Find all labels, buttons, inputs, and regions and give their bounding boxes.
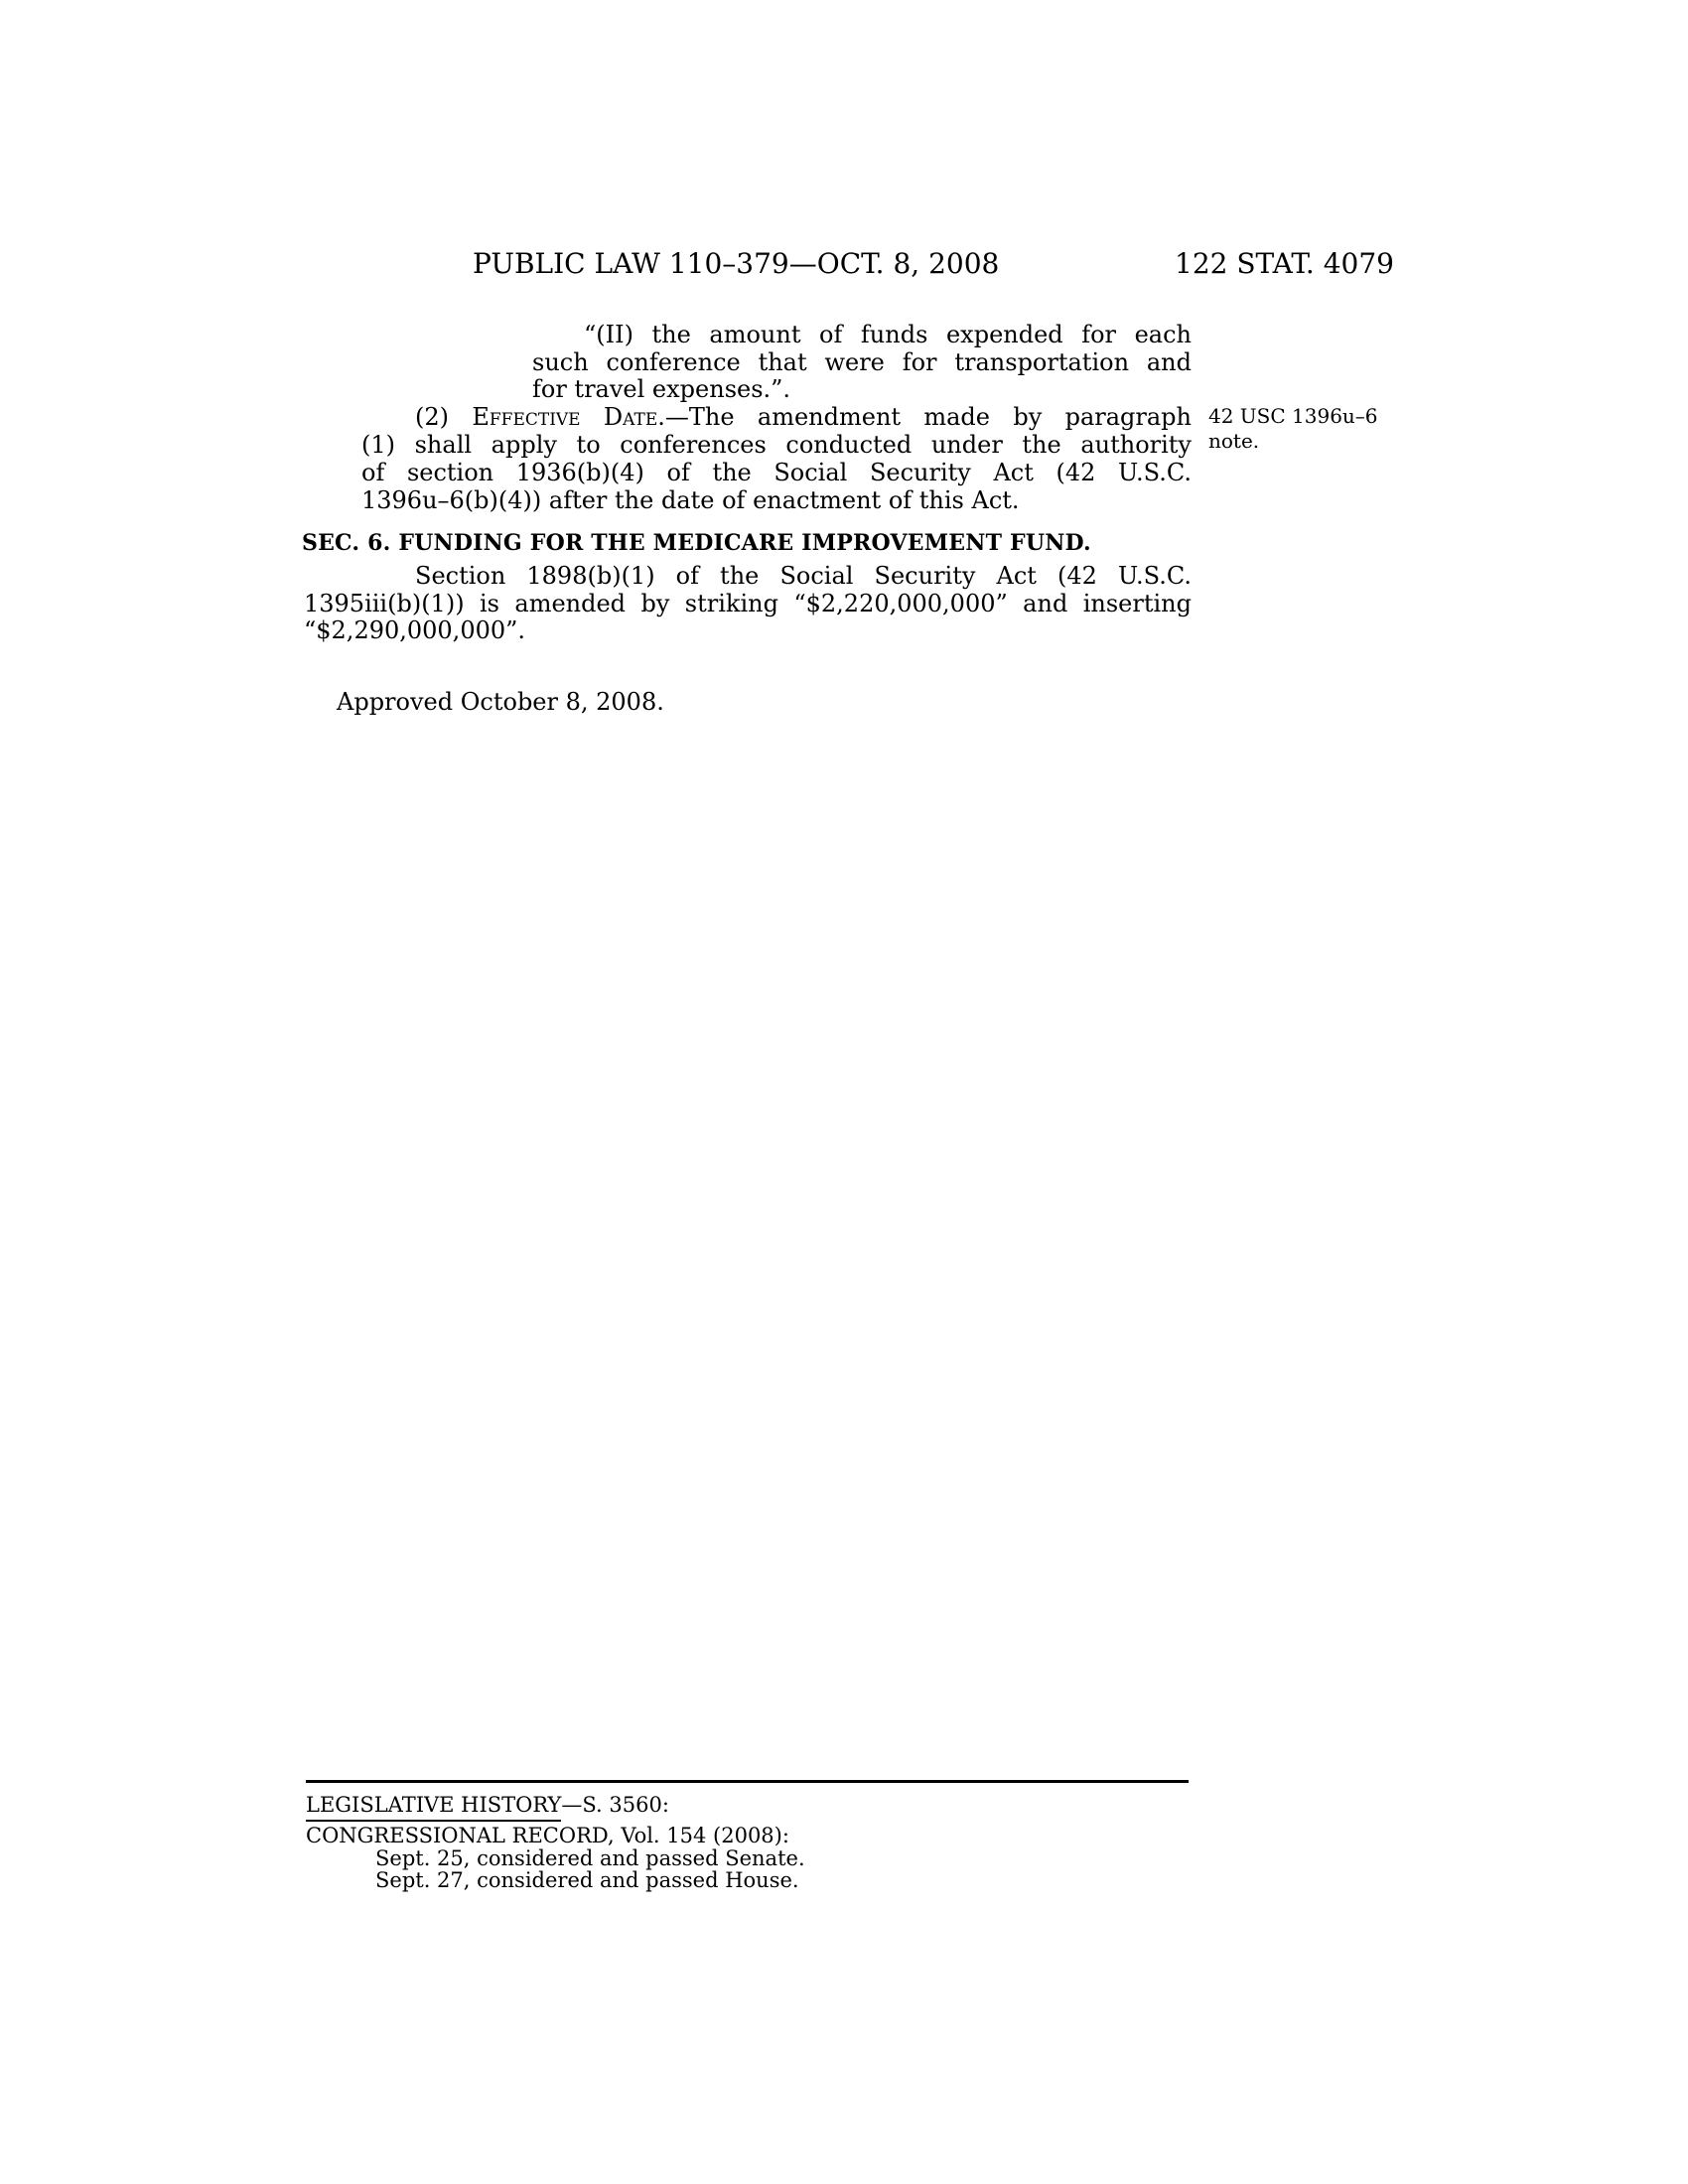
stat-page-number: 122 STAT. 4079 [1175, 248, 1394, 280]
section6-line-1: Section 1898(b)(1) of the Social Securit… [415, 562, 1192, 590]
clause-line-2: such conference that were for transporta… [532, 348, 1192, 376]
paragraph2-line-1-rest: .—The amendment made by paragraph [657, 403, 1192, 431]
public-law-title: PUBLIC LAW 110–379—OCT. 8, 2008 [473, 248, 999, 280]
legislative-history-title: LEGISLATIVE HISTORY—S. 3560: [306, 1793, 669, 1817]
margin-note-line-1: 42 USC 1396u–6 [1208, 404, 1378, 428]
paragraph2-line-4: 1396u–6(b)(4)) after the date of enactme… [361, 486, 1020, 514]
paragraph2-number: (2) [415, 403, 472, 431]
legislative-history-bill-number: —S. 3560: [561, 1793, 669, 1817]
record-item-house: Sept. 27, considered and passed House. [375, 1868, 799, 1892]
statute-page: PUBLIC LAW 110–379—OCT. 8, 2008 122 STAT… [0, 0, 1688, 2184]
section6-line-2: 1395iii(b)(1)) is amended by striking “$… [304, 590, 1192, 617]
record-item-senate: Sept. 25, considered and passed Senate. [375, 1846, 805, 1870]
running-head: PUBLIC LAW 110–379—OCT. 8, 2008 122 STAT… [473, 248, 1394, 280]
congressional-record-line: CONGRESSIONAL RECORD, Vol. 154 (2008): [306, 1824, 789, 1847]
legislative-history-rule [306, 1780, 1189, 1783]
paragraph2-line-1: (2) Effective Date.—The amendment made b… [415, 403, 1192, 431]
clause-line-1: “(II) the amount of funds expended for e… [584, 321, 1192, 348]
legislative-history-underlined-label: LEGISLATIVE HISTORY [306, 1793, 561, 1822]
approval-line: Approved October 8, 2008. [337, 688, 664, 716]
section-6-heading: SEC. 6. FUNDING FOR THE MEDICARE IMPROVE… [302, 530, 1091, 556]
clause-line-3: for travel expenses.”. [532, 375, 790, 403]
paragraph2-line-3: of section 1936(b)(4) of the Social Secu… [361, 459, 1192, 486]
effective-date-label: Effective Date [472, 403, 657, 431]
paragraph2-line-2: (1) shall apply to conferences conducted… [361, 431, 1192, 459]
margin-note-line-2: note. [1208, 429, 1259, 453]
section6-line-3: “$2,290,000,000”. [304, 616, 525, 644]
